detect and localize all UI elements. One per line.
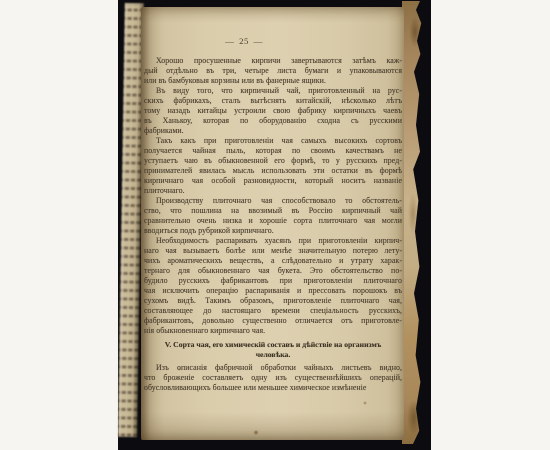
text-line: обусловливающихъ большее или меньшее хим… [144, 383, 402, 393]
text-line: Въ виду того, что кирпичный чай, пригото… [144, 86, 402, 96]
paper-stain [177, 367, 182, 371]
text-line: или въ бамбуковыя корзины или въ фанерны… [144, 76, 402, 86]
text-line: составляющее до настоящаго времени спеці… [144, 306, 402, 316]
text-line: скихъ фабрикахъ, сталъ вытѣснять китайск… [144, 96, 402, 106]
text-line: получается чайная пыль, которая по своим… [144, 146, 402, 156]
text-line: фабрикантовъ, довольно существенно отлич… [144, 316, 402, 326]
text-line: чихъ ароматическихъ веществъ, а слѣдоват… [144, 256, 402, 266]
post-heading-paragraphs: Изъ описанія фабричной обработки чайныхъ… [144, 363, 402, 393]
paragraph: Въ виду того, что кирпичный чай, пригото… [144, 86, 402, 136]
text-line: сухомъ видѣ. Такимъ образомъ, приготовле… [144, 296, 402, 306]
page-text-block: Хорошо просушенные кирпичи завертываются… [144, 56, 402, 393]
heading-line: человѣка. [144, 350, 402, 360]
text-line: Хорошо просушенные кирпичи завертываются… [144, 56, 402, 66]
paragraph: Необходимость распаривать хуасянъ при пр… [144, 236, 402, 336]
page-number: — 25 — [147, 36, 341, 46]
paragraph: Производству плиточнаго чая способствова… [144, 196, 402, 236]
heading-line: V. Сорта чая, его химическій составъ и д… [144, 340, 402, 350]
paper-stain [253, 430, 259, 435]
text-line: Изъ описанія фабричной обработки чайныхъ… [144, 363, 402, 373]
paper-stain [363, 401, 367, 405]
text-line: будило русскихъ фабрикантовъ при пригото… [144, 276, 402, 286]
text-line: плиточнаго. [144, 186, 402, 196]
text-line: уступаетъ чаю въ обыкновенной его формѣ,… [144, 156, 402, 166]
text-line: кирпичнаго чая особой разновидности, кот… [144, 176, 402, 186]
text-line: тому назадъ китайцы устроили свою фабрик… [144, 106, 402, 116]
text-line: нія обыкновеннаго кирпичнаго чая. [144, 326, 402, 336]
paragraph: Хорошо просушенные кирпичи завертываются… [144, 56, 402, 86]
paragraph: Изъ описанія фабричной обработки чайныхъ… [144, 363, 402, 393]
book-page-photo: — 25 — Хорошо просушенные кирпичи заверт… [0, 0, 550, 450]
text-line: дый отдѣльно въ три, четыре листа бумаги… [144, 66, 402, 76]
text-line: наго чая вызываетъ болѣе или менѣе значи… [144, 246, 402, 256]
text-line: ство, что пошлина на ввозимый въ Россію … [144, 206, 402, 216]
text-line: Производству плиточнаго чая способствова… [144, 196, 402, 206]
text-line: принимателей явилась мысль использовать … [144, 166, 402, 176]
book-page: — 25 — Хорошо просушенные кирпичи заверт… [141, 7, 404, 440]
body-paragraphs: Хорошо просушенные кирпичи завертываются… [144, 56, 402, 336]
text-line: чая исключить операцію распариванія и пр… [144, 286, 402, 296]
text-line: вводиться подъ рубрикой кирпичнаго. [144, 226, 402, 236]
paragraph: Такъ какъ при приготовленіи чая самыхъ в… [144, 136, 402, 196]
text-line: тернаго для обыкновеннаго чая букета. Эт… [144, 266, 402, 276]
section-heading: V. Сорта чая, его химическій составъ и д… [144, 340, 402, 361]
text-line: что броженіе составляетъ одну изъ сущест… [144, 373, 402, 383]
text-line: сравнительно очень низка и хорошіе сорта… [144, 216, 402, 226]
text-line: въ Ханькоу, которая по оборудованію сход… [144, 116, 402, 126]
text-line: фабриками. [144, 126, 402, 136]
text-line: Необходимость распаривать хуасянъ при пр… [144, 236, 402, 246]
text-line: Такъ какъ при приготовленіи чая самыхъ в… [144, 136, 402, 146]
